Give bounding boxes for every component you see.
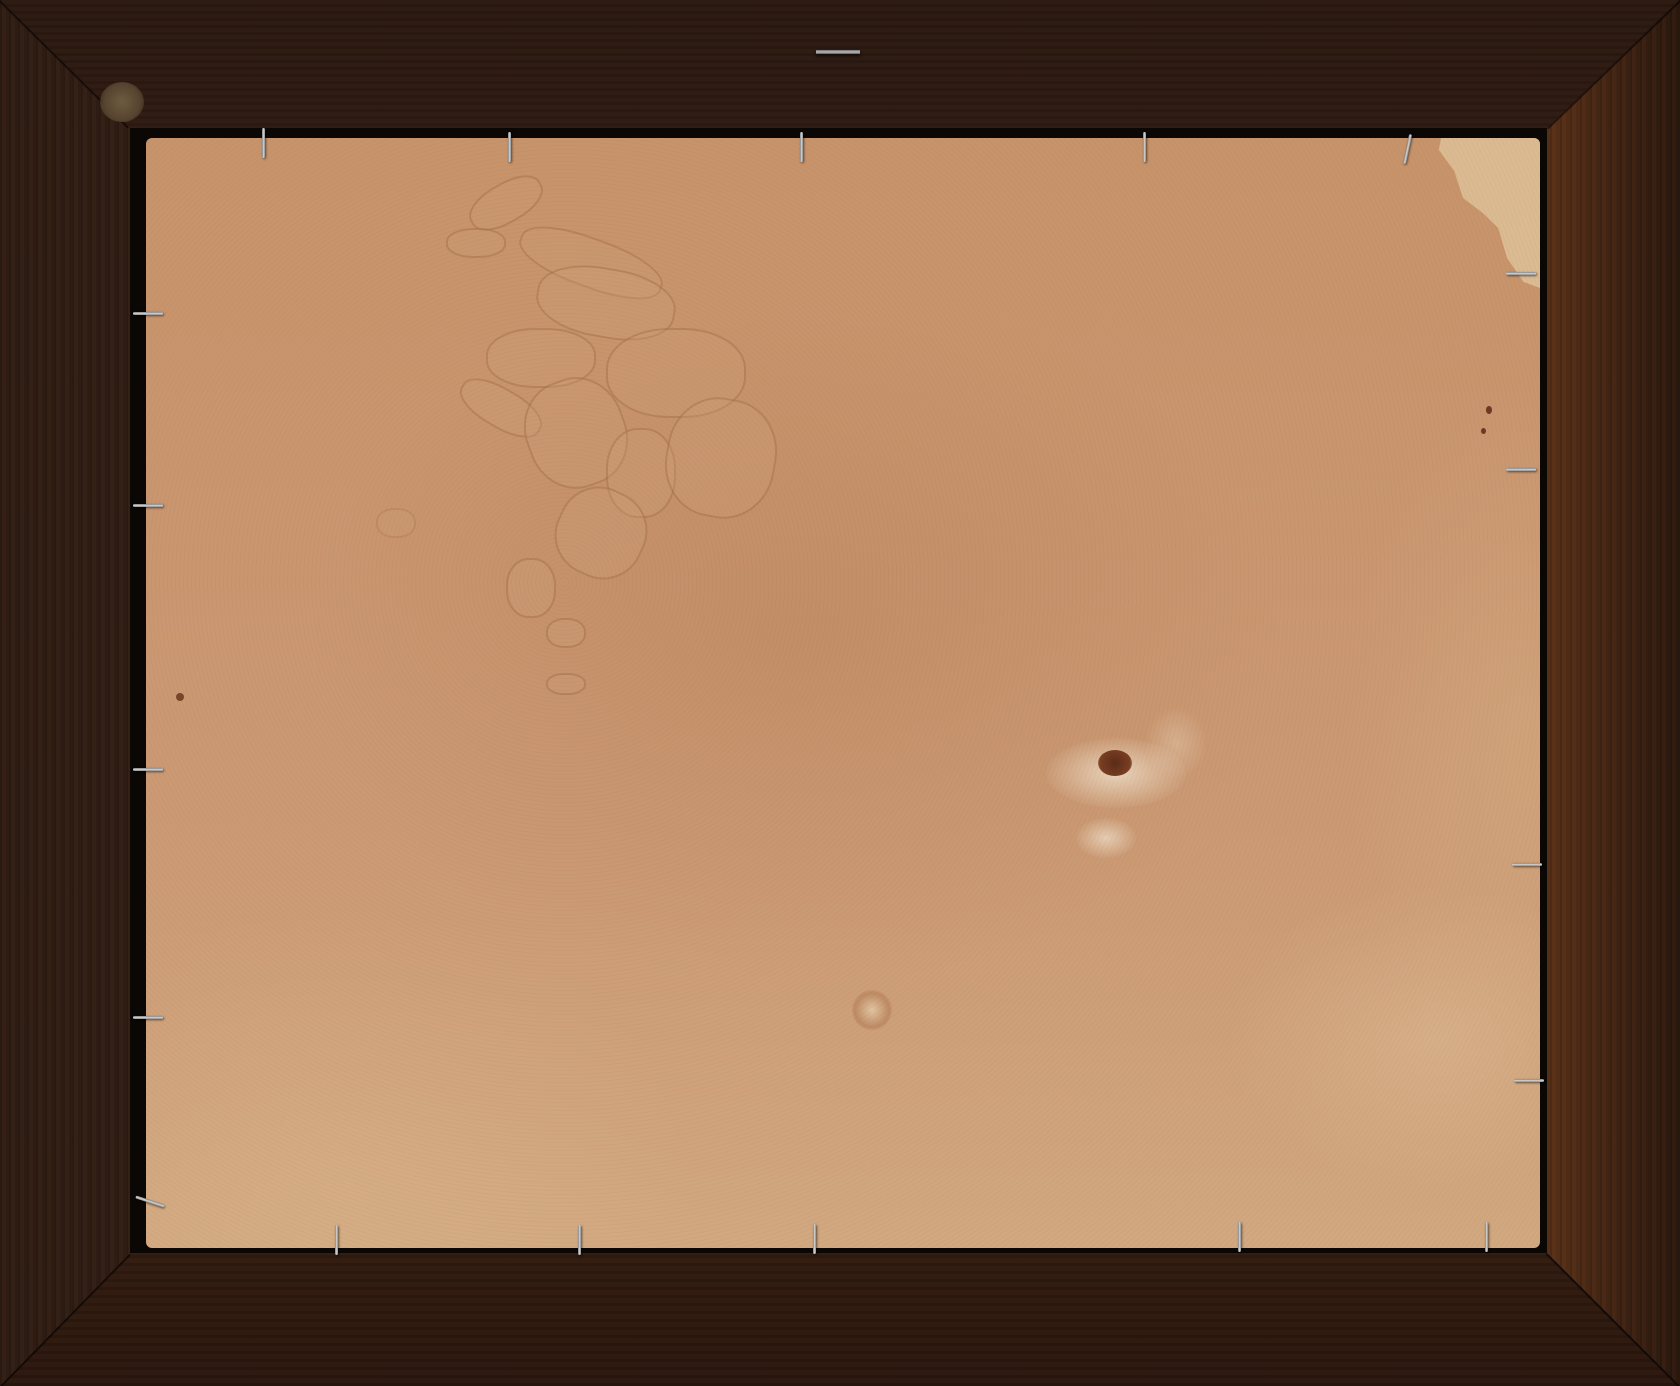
water-stain [546, 618, 586, 648]
nail [133, 768, 163, 771]
water-stain [546, 673, 586, 695]
speck [176, 693, 184, 701]
dark-spot [1098, 750, 1132, 776]
backing-board [146, 138, 1540, 1248]
nail [800, 132, 803, 162]
speck [1486, 406, 1492, 414]
nail [133, 1016, 163, 1019]
nail [1143, 132, 1146, 162]
nail [508, 132, 511, 162]
nail [335, 1225, 338, 1255]
nail [1512, 863, 1542, 866]
picture-frame-back-photo [0, 0, 1680, 1386]
nail [813, 1224, 816, 1254]
nail [262, 128, 265, 158]
nail [578, 1225, 581, 1255]
chalky-patch [1076, 818, 1136, 858]
nail [1514, 1079, 1544, 1082]
small-stain [852, 990, 892, 1030]
nail [133, 312, 163, 315]
water-stain [506, 558, 556, 618]
speck [1481, 428, 1486, 434]
water-stain [376, 508, 416, 538]
nail [1485, 1222, 1488, 1252]
nail [1506, 468, 1536, 471]
frame-staple [816, 50, 860, 54]
wood-knot [100, 82, 144, 122]
nail [1506, 272, 1536, 275]
nail [1238, 1222, 1241, 1252]
nail [133, 504, 163, 507]
water-stain [446, 228, 506, 258]
worn-corner [1430, 138, 1540, 288]
chalky-patch [1146, 708, 1206, 778]
